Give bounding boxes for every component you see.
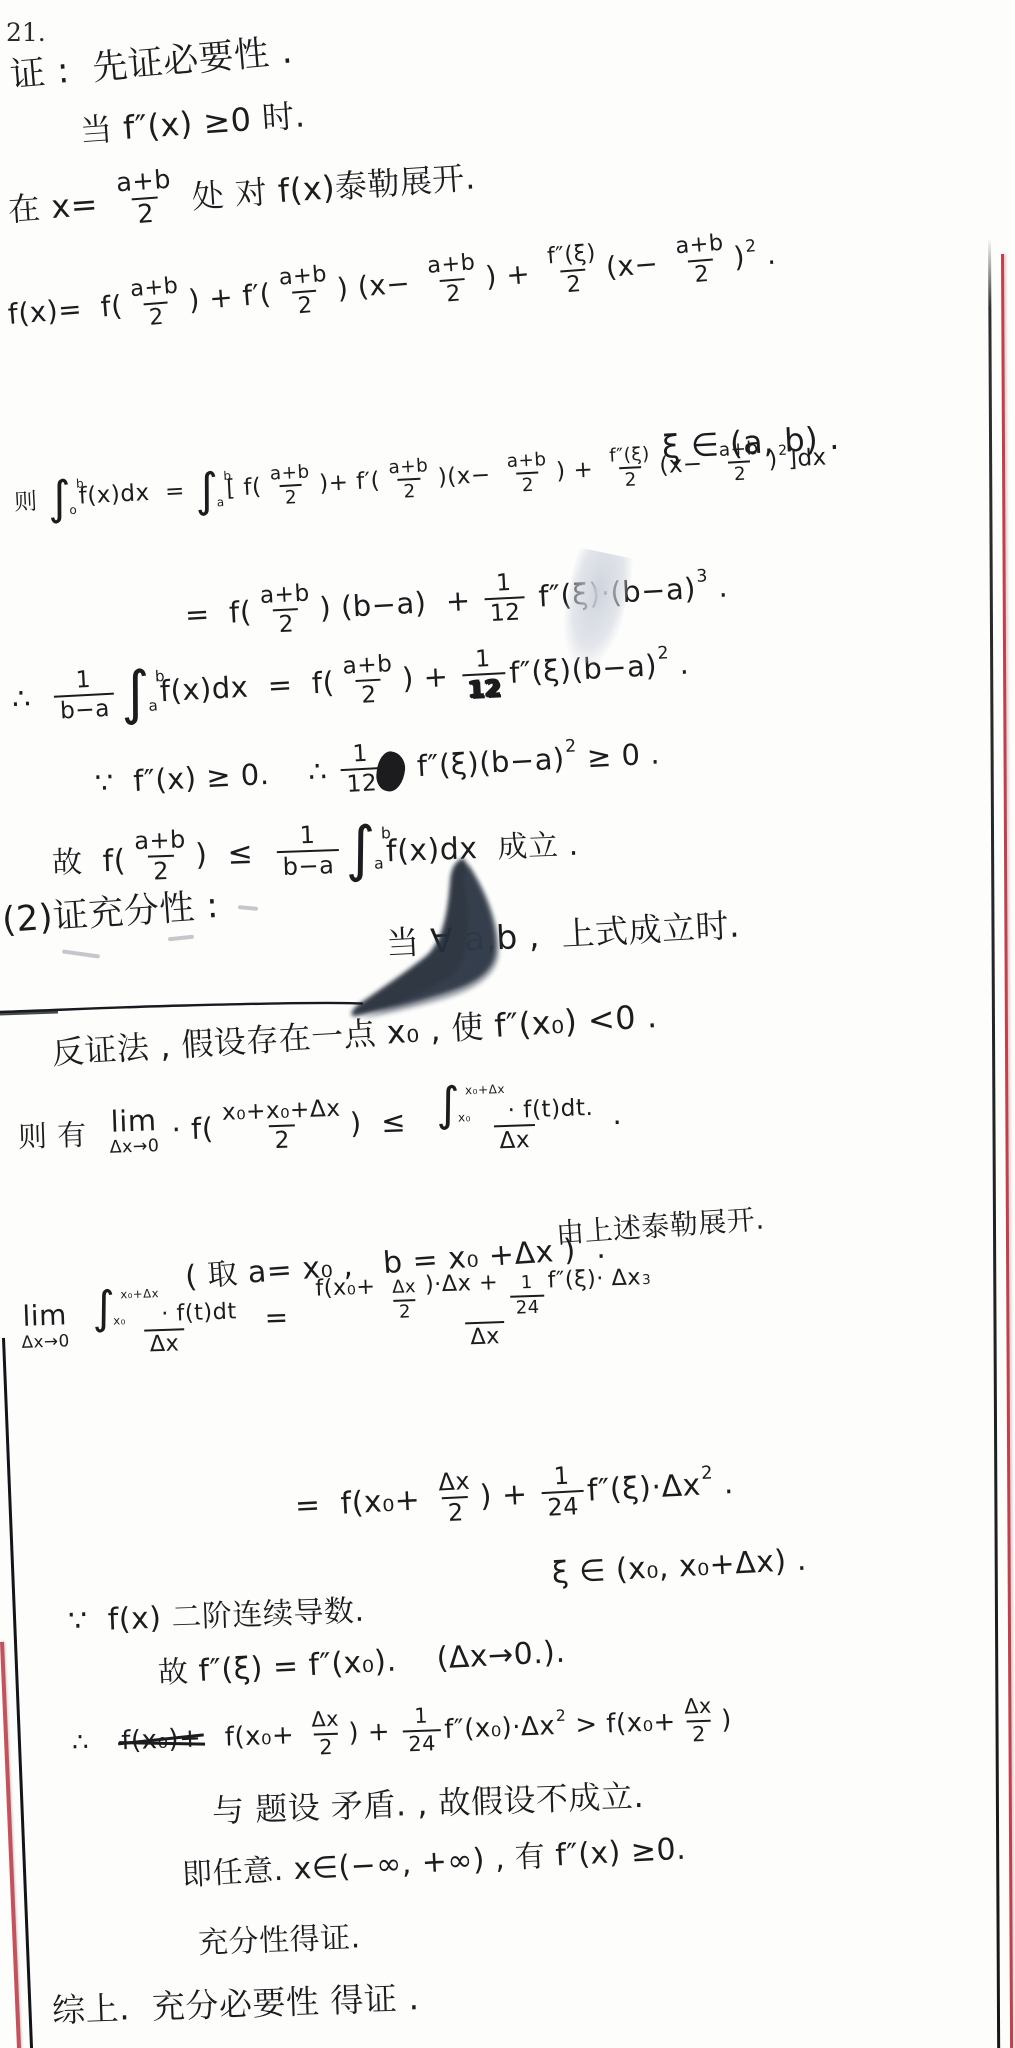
text-run: ) (x− (336, 266, 421, 305)
xi-limit-note: 故 f″(ξ) = f″(x₀). (Δx→0.). (157, 1627, 567, 1692)
text-run: 1 (414, 1704, 429, 1728)
taylor-expansion-intro: 在 x= a+b2 处 对 f(x)泰勒展开. (6, 145, 477, 237)
numerator: ∫x₀+Δxx₀ · f(t)dt (84, 1284, 242, 1331)
numerator: 1 (516, 1274, 539, 1296)
fraction: 112 (483, 570, 526, 627)
text-run: 24 (547, 1492, 580, 1522)
numerator: a+b (337, 652, 398, 681)
limit-condition: Δx→0 (21, 1332, 70, 1350)
text-run: a+b (134, 825, 187, 855)
continuity-note: ∵ f(x) 二阶连续导数. (67, 1586, 365, 1640)
superscript: 2 (778, 443, 788, 459)
text-run: 证 : 先证必要性 . (8, 23, 295, 98)
limit-inequality: 则 有 limΔx→0 · f(x₀+x₀+Δx2) ≤ ∫x₀+Δxx₀ · … (17, 1079, 623, 1171)
text-run: )·Δx + (425, 1269, 507, 1298)
numerator: Δx (433, 1469, 476, 1498)
fraction: a+b2 (337, 652, 400, 710)
superscript: 2 (657, 644, 670, 665)
text-run: Δx (392, 1276, 417, 1298)
text-run: 2 (274, 1127, 290, 1155)
text-run: 1 (553, 1462, 570, 1491)
fraction: 112 (461, 646, 507, 703)
integral: ∫ba (194, 470, 226, 511)
integral-both-sides: 则 ∫bof(x)dx = ∫ba[ f(a+b2)+ f′(a+b2)(x− … (13, 435, 828, 522)
text-run: 2 (297, 292, 314, 319)
text-run: f(x₀+ (315, 1273, 384, 1301)
text-run: )+ f′( (319, 468, 381, 497)
text-run: Δx (149, 1330, 179, 1357)
numerator: a+b (110, 166, 177, 199)
fraction: f″(ξ)2 (604, 444, 657, 491)
text-run: f″(ξ)(b−a) (406, 742, 565, 784)
lower-limit: x₀ (458, 1110, 498, 1124)
text-run: ) + (556, 457, 602, 485)
numerator: a+b (421, 251, 481, 281)
limit-label: lim (110, 1106, 157, 1137)
fraction: 124 (540, 1463, 584, 1521)
lower-limit: a (148, 699, 159, 715)
paper-speck (238, 905, 258, 911)
text-run: f(x)dx = f( (159, 665, 335, 708)
text-run: f(x₀+ (207, 1720, 304, 1753)
text-run: ) (b−a) + (319, 583, 482, 625)
text-run: ≥ 0 . (576, 737, 660, 775)
by-taylor-note: 由上述泰勒展开. (555, 1197, 766, 1251)
overall-conclusion: 综上. 充分必要性 得证 . (51, 1972, 420, 2032)
text-run: . (602, 1097, 623, 1132)
integral: ∫bo (46, 478, 78, 519)
text-run: Δx (470, 1323, 500, 1350)
numerator: a+b (129, 827, 191, 856)
text-run: 当 f″(x) ≥0 时. (78, 90, 306, 152)
text-run: ) (768, 447, 779, 473)
fraction: Δx2 (306, 1709, 345, 1760)
text-run: 2 (284, 488, 297, 510)
numerator: f″(ξ) (541, 241, 602, 271)
denominator: 2 (143, 301, 170, 330)
text-run: . (669, 647, 690, 682)
text-run: Δx (311, 1707, 339, 1732)
numerator: 1 (470, 647, 497, 675)
text-run: 在 x= (6, 178, 110, 231)
integral: ∫x₀+Δxx₀ (91, 1287, 152, 1327)
denominator: 2 (131, 196, 160, 229)
paper-speck (62, 949, 100, 958)
upper-limit: b (381, 825, 392, 842)
contradiction-conclusion: 与 题设 矛盾. , 故假设不成立. (211, 1771, 645, 1832)
text-run: 1 (520, 1272, 533, 1293)
text-run: f″(ξ)· Δx (547, 1264, 641, 1293)
text-run: a+b (342, 650, 393, 680)
fraction: a+b2 (670, 231, 732, 288)
superscript: 2 (565, 737, 578, 758)
text-run: 2 (399, 1301, 412, 1322)
denominator: 2 (269, 1125, 295, 1154)
text-run: ∵ f″(x) ≥ 0. ∴ (94, 754, 338, 801)
text-run: Δx (684, 1694, 712, 1719)
denominator: 2 (687, 1720, 712, 1747)
numerator: a+b (383, 456, 434, 480)
text-run: 2 (403, 481, 416, 503)
denominator: 24 (542, 1490, 585, 1521)
text-run: 2 (692, 1722, 707, 1746)
fraction: a+b2 (421, 251, 483, 308)
text-run: f″(ξ)·Δx (586, 1467, 701, 1508)
fraction: a+b2 (129, 827, 192, 885)
superscript: 3 (696, 567, 709, 588)
numerator: a+b (124, 274, 184, 304)
text-run (72, 1308, 83, 1341)
denominator: Δx (465, 1321, 506, 1350)
numerator: Δx (679, 1695, 717, 1720)
limit-condition: Δx→0 (109, 1138, 159, 1157)
numerator: a+b (273, 262, 333, 292)
text-run: a+b (259, 579, 310, 609)
text-run: ) + (484, 256, 541, 293)
fraction: Δx2 (433, 1469, 478, 1527)
numerator: a+b (501, 450, 552, 474)
text-run: 2 (278, 611, 295, 639)
text-run: 综上. 充分必要性 得证 . (51, 1972, 420, 2032)
upper-limit: b (223, 469, 232, 482)
text-run: x₀+x₀+Δx (222, 1095, 341, 1126)
text-run: 24 (515, 1297, 540, 1319)
limit-label: lim (22, 1301, 67, 1331)
denominator: 2 (398, 478, 421, 502)
limit-evaluation: limΔx→0 ∫x₀+Δxx₀ · f(t)dtΔx = f(x₀+ Δx2)… (17, 1266, 663, 1366)
text-run: 1 (495, 569, 512, 597)
upper-limit: x₀+Δx (465, 1083, 505, 1097)
text-run: ) + (348, 1716, 399, 1748)
text-run: 12 (467, 675, 502, 704)
text-run: 1 (352, 740, 369, 768)
text-run: = (245, 1300, 308, 1335)
strikethrough-text: f(x₀)+ (121, 1723, 202, 1756)
fraction: 124 (510, 1274, 545, 1319)
text-run: ]dx (787, 445, 827, 473)
numerator: Δx (306, 1709, 344, 1734)
text-run: (x− (659, 451, 711, 480)
text-run: f″(ξ) (546, 240, 597, 270)
text-run: a+b (278, 261, 328, 291)
numerator: 1 (294, 823, 321, 851)
limit-simplified: = f(x₀+ Δx2) + 124f″(ξ)·Δx2 . (294, 1455, 736, 1534)
text-run: a+b (115, 165, 172, 199)
text-run: = f( (184, 595, 252, 632)
text-run: a+b (506, 449, 547, 472)
fraction: a+b2 (264, 462, 316, 509)
text-run: 2 (733, 464, 746, 486)
text-run: f(x)= f( (7, 289, 124, 331)
denominator: 2 (728, 461, 751, 485)
text-run: 由上述泰勒展开. (555, 1197, 766, 1251)
superscript: 2 (744, 235, 757, 256)
text-run: 2 (624, 470, 637, 492)
lower-limit: a (217, 496, 226, 509)
denominator: 24 (403, 1729, 441, 1756)
text-run: = f(x₀+ (294, 1482, 431, 1524)
integral: ∫x₀+Δxx₀ (435, 1083, 498, 1125)
text-run: > f(x₀+ (566, 1707, 676, 1741)
numerator: a+b (264, 462, 315, 486)
text-run: Δx (438, 1467, 471, 1497)
text-run: a+b (388, 455, 429, 478)
final-nonneg-conclusion: 即任意. x∈(−∞, +∞) , 有 f″(x) ≥0. (181, 1824, 687, 1894)
integral-limits: x₀+Δxx₀ (457, 1090, 498, 1117)
text-run: )(x− (437, 462, 499, 491)
upper-limit: b (155, 668, 166, 684)
integral: ∫ba (119, 667, 159, 718)
text-run: f″(x₀)·Δx (444, 1711, 556, 1745)
denominator: 2 (279, 484, 302, 508)
handwritten-page: 21. 证 : 先证必要性 . 当 f″(x) ≥0 时. 在 x= a+b2 … (0, 0, 1015, 2048)
text-run: ∴ (11, 680, 51, 716)
fraction: ∫x₀+Δxx₀ · f(t)dt.Δx (428, 1080, 600, 1157)
proof-start-necessity: 证 : 先证必要性 . (8, 23, 295, 98)
paper-speck (168, 935, 194, 942)
fraction: a+b2 (273, 262, 335, 319)
text-run: b−a (59, 695, 110, 725)
numerator: a+b (713, 439, 764, 463)
text-run: 则 (13, 482, 46, 517)
fraction: 1b−a (53, 667, 116, 725)
text-run: ∵ f(x) 二阶连续导数. (67, 1586, 365, 1640)
text-run: 故 f″(ξ) = f″(x₀). (Δx→0.). (157, 1627, 567, 1692)
text-run: ξ ∈ (x₀, x₀+Δx) . (551, 1543, 807, 1591)
text-run: 12 (346, 770, 378, 799)
xi-in-x0-range: ξ ∈ (x₀, x₀+Δx) . (551, 1543, 807, 1591)
integral-limits: ba (147, 676, 159, 708)
numerator: 1 (548, 1463, 575, 1491)
text-run: 2 (319, 1735, 334, 1759)
text-run: · f( (161, 1112, 214, 1148)
denominator: Δx (144, 1328, 185, 1357)
taylor-expansion-formula: f(x)= f(a+b2) + f′(a+b2) (x− a+b2) + f″(… (6, 228, 778, 341)
superscript: 3 (642, 1273, 652, 1288)
text-run: 2 (148, 303, 165, 330)
text-run: 1 (475, 645, 492, 673)
denominator: 2 (394, 1299, 417, 1323)
text-run: 与 题设 矛盾. , 故假设不成立. (211, 1771, 645, 1832)
text-run: 12 (489, 599, 521, 628)
superscript: 2 (556, 1706, 567, 1724)
fraction: f(x₀+ Δx2)·Δx + 124f″(ξ)· Δx3Δx (310, 1266, 658, 1355)
condition-fpp-nonneg: 当 f″(x) ≥0 时. (78, 90, 306, 152)
sufficiency-proved: 充分性得证. (197, 1912, 361, 1962)
text-run: a+b (718, 438, 759, 461)
numerator: Δx (387, 1278, 422, 1300)
fraction: a+b2 (110, 166, 179, 230)
text-run: ) + (401, 659, 459, 696)
denominator: 2 (442, 1496, 469, 1526)
limit: limΔx→0 (108, 1106, 160, 1157)
text-run: (2)证充分性 : (0, 878, 220, 943)
numerator: ∫x₀+Δxx₀ · f(t)dt. (428, 1080, 599, 1128)
text-run: 1 (75, 666, 92, 694)
fraction: a+b2 (501, 450, 553, 497)
text-run: 2 (361, 681, 378, 709)
text-run: . (713, 1466, 735, 1502)
denominator: Δx (494, 1124, 536, 1154)
numerator: a+b (670, 231, 730, 261)
text-run: 2 (445, 280, 462, 307)
text-run: a+b (129, 273, 179, 303)
page-edge-right-black (988, 238, 1000, 2048)
integral-limits: x₀+Δxx₀ (112, 1294, 151, 1320)
denominator: 24 (510, 1294, 545, 1318)
fraction: a+b2 (124, 274, 186, 331)
text-run: 2 (136, 199, 155, 230)
text-run: ) ≤ (349, 1104, 426, 1141)
denominator: 2 (619, 466, 642, 490)
text-run: f″(ξ) (609, 444, 650, 467)
fraction: a+b2 (713, 439, 765, 486)
problem-number: 21. (6, 18, 46, 47)
fraction: x₀+x₀+Δx2 (217, 1097, 347, 1156)
text-run: a+b (674, 230, 724, 260)
text-run: · f(t)dt (153, 1298, 237, 1327)
fraction: a+b2 (254, 581, 317, 639)
text-run: 处 对 f(x)泰勒展开. (179, 152, 476, 218)
denominator: 2 (560, 268, 587, 297)
text-run: (x− (605, 246, 669, 284)
denominator: 2 (314, 1733, 339, 1760)
text-run: 即任意. x∈(−∞, +∞) , 有 f″(x) ≥0. (181, 1824, 687, 1894)
text-run: a+b (269, 462, 310, 485)
limit: limΔx→0 (20, 1301, 70, 1350)
text-run: ) + (479, 1476, 539, 1514)
denominator: 2 (440, 278, 467, 307)
text-run: . (756, 238, 777, 272)
superscript: 2 (701, 1462, 714, 1484)
numerator: x₀+x₀+Δx (217, 1097, 346, 1128)
lower-limit: x₀ (113, 1313, 152, 1327)
numerator: f(x₀+ Δx2)·Δx + 124f″(ξ)· Δx3 (310, 1266, 657, 1328)
upper-limit: b (76, 477, 85, 490)
text-run: 2 (447, 1498, 464, 1527)
fraction: f″(ξ)2 (541, 241, 604, 298)
fraction: 124 (402, 1705, 441, 1756)
integral-limits: bo (68, 484, 77, 509)
denominator: 2 (356, 679, 383, 709)
text-run: 故 f( (51, 836, 126, 883)
denominator: 2 (292, 289, 319, 318)
text-run: · f(t)dt. (499, 1094, 594, 1124)
numerator: 1 (490, 571, 517, 599)
text-run: ) + f′( (187, 277, 272, 316)
integral-limits: ba (215, 477, 224, 502)
text-run: 2 (565, 270, 582, 297)
contradiction-inequality: ∴ f(x₀)+ f(x₀+ Δx2) + 124f″(x₀)·Δx2 > f(… (71, 1695, 733, 1768)
text-run: f(x)dx = (78, 478, 193, 510)
numerator: 1 (70, 668, 97, 696)
text-run: 充分性得证. (197, 1912, 361, 1962)
text-run: 24 (408, 1731, 436, 1756)
fraction: Δx2 (387, 1278, 422, 1323)
fraction: a+b2 (383, 456, 435, 503)
text-run: a+b (426, 249, 476, 279)
denominator: 2 (516, 472, 539, 496)
denominator: 2 (688, 258, 715, 287)
denominator: b−a (54, 693, 115, 724)
text-run: 2 (521, 475, 534, 497)
fraction: Δx2 (679, 1695, 718, 1746)
upper-limit: x₀+Δx (120, 1287, 159, 1301)
nonneg-term-conclusion: ∵ f″(x) ≥ 0. ∴ 112 f″(ξ)(b−a)2 ≥ 0 . (94, 726, 662, 810)
sufficiency-header: (2)证充分性 : (0, 878, 220, 943)
numerator: a+b (254, 581, 315, 610)
numerator: f″(ξ) (604, 444, 655, 468)
denominator: 12 (484, 597, 526, 627)
page-edge-right-red (1001, 254, 1013, 2048)
text-run: ) (721, 1705, 733, 1735)
text-run: 1 (299, 821, 316, 850)
text-run: ) ≤ (195, 835, 274, 873)
text-run: 2 (693, 260, 710, 287)
integral-evaluated: = f(a+b2) (b−a) + 112 f″(ξ)·(b−a)3 . (184, 560, 730, 643)
text-run: Δx (499, 1127, 531, 1155)
text-run: ∴ (71, 1726, 115, 1757)
fraction: ∫x₀+Δxx₀ · f(t)dtΔx (84, 1284, 243, 1358)
numerator: 1 (347, 741, 374, 769)
denominator: 2 (273, 608, 300, 638)
numerator: 1 (409, 1705, 434, 1730)
text-run: . (708, 570, 729, 605)
lower-limit: o (69, 504, 78, 517)
text-run: 则 有 (17, 1112, 107, 1156)
page-edge-left-black (2, 1338, 33, 2048)
denominator: 12 (462, 673, 507, 704)
paper-tear-line (0, 988, 640, 1022)
